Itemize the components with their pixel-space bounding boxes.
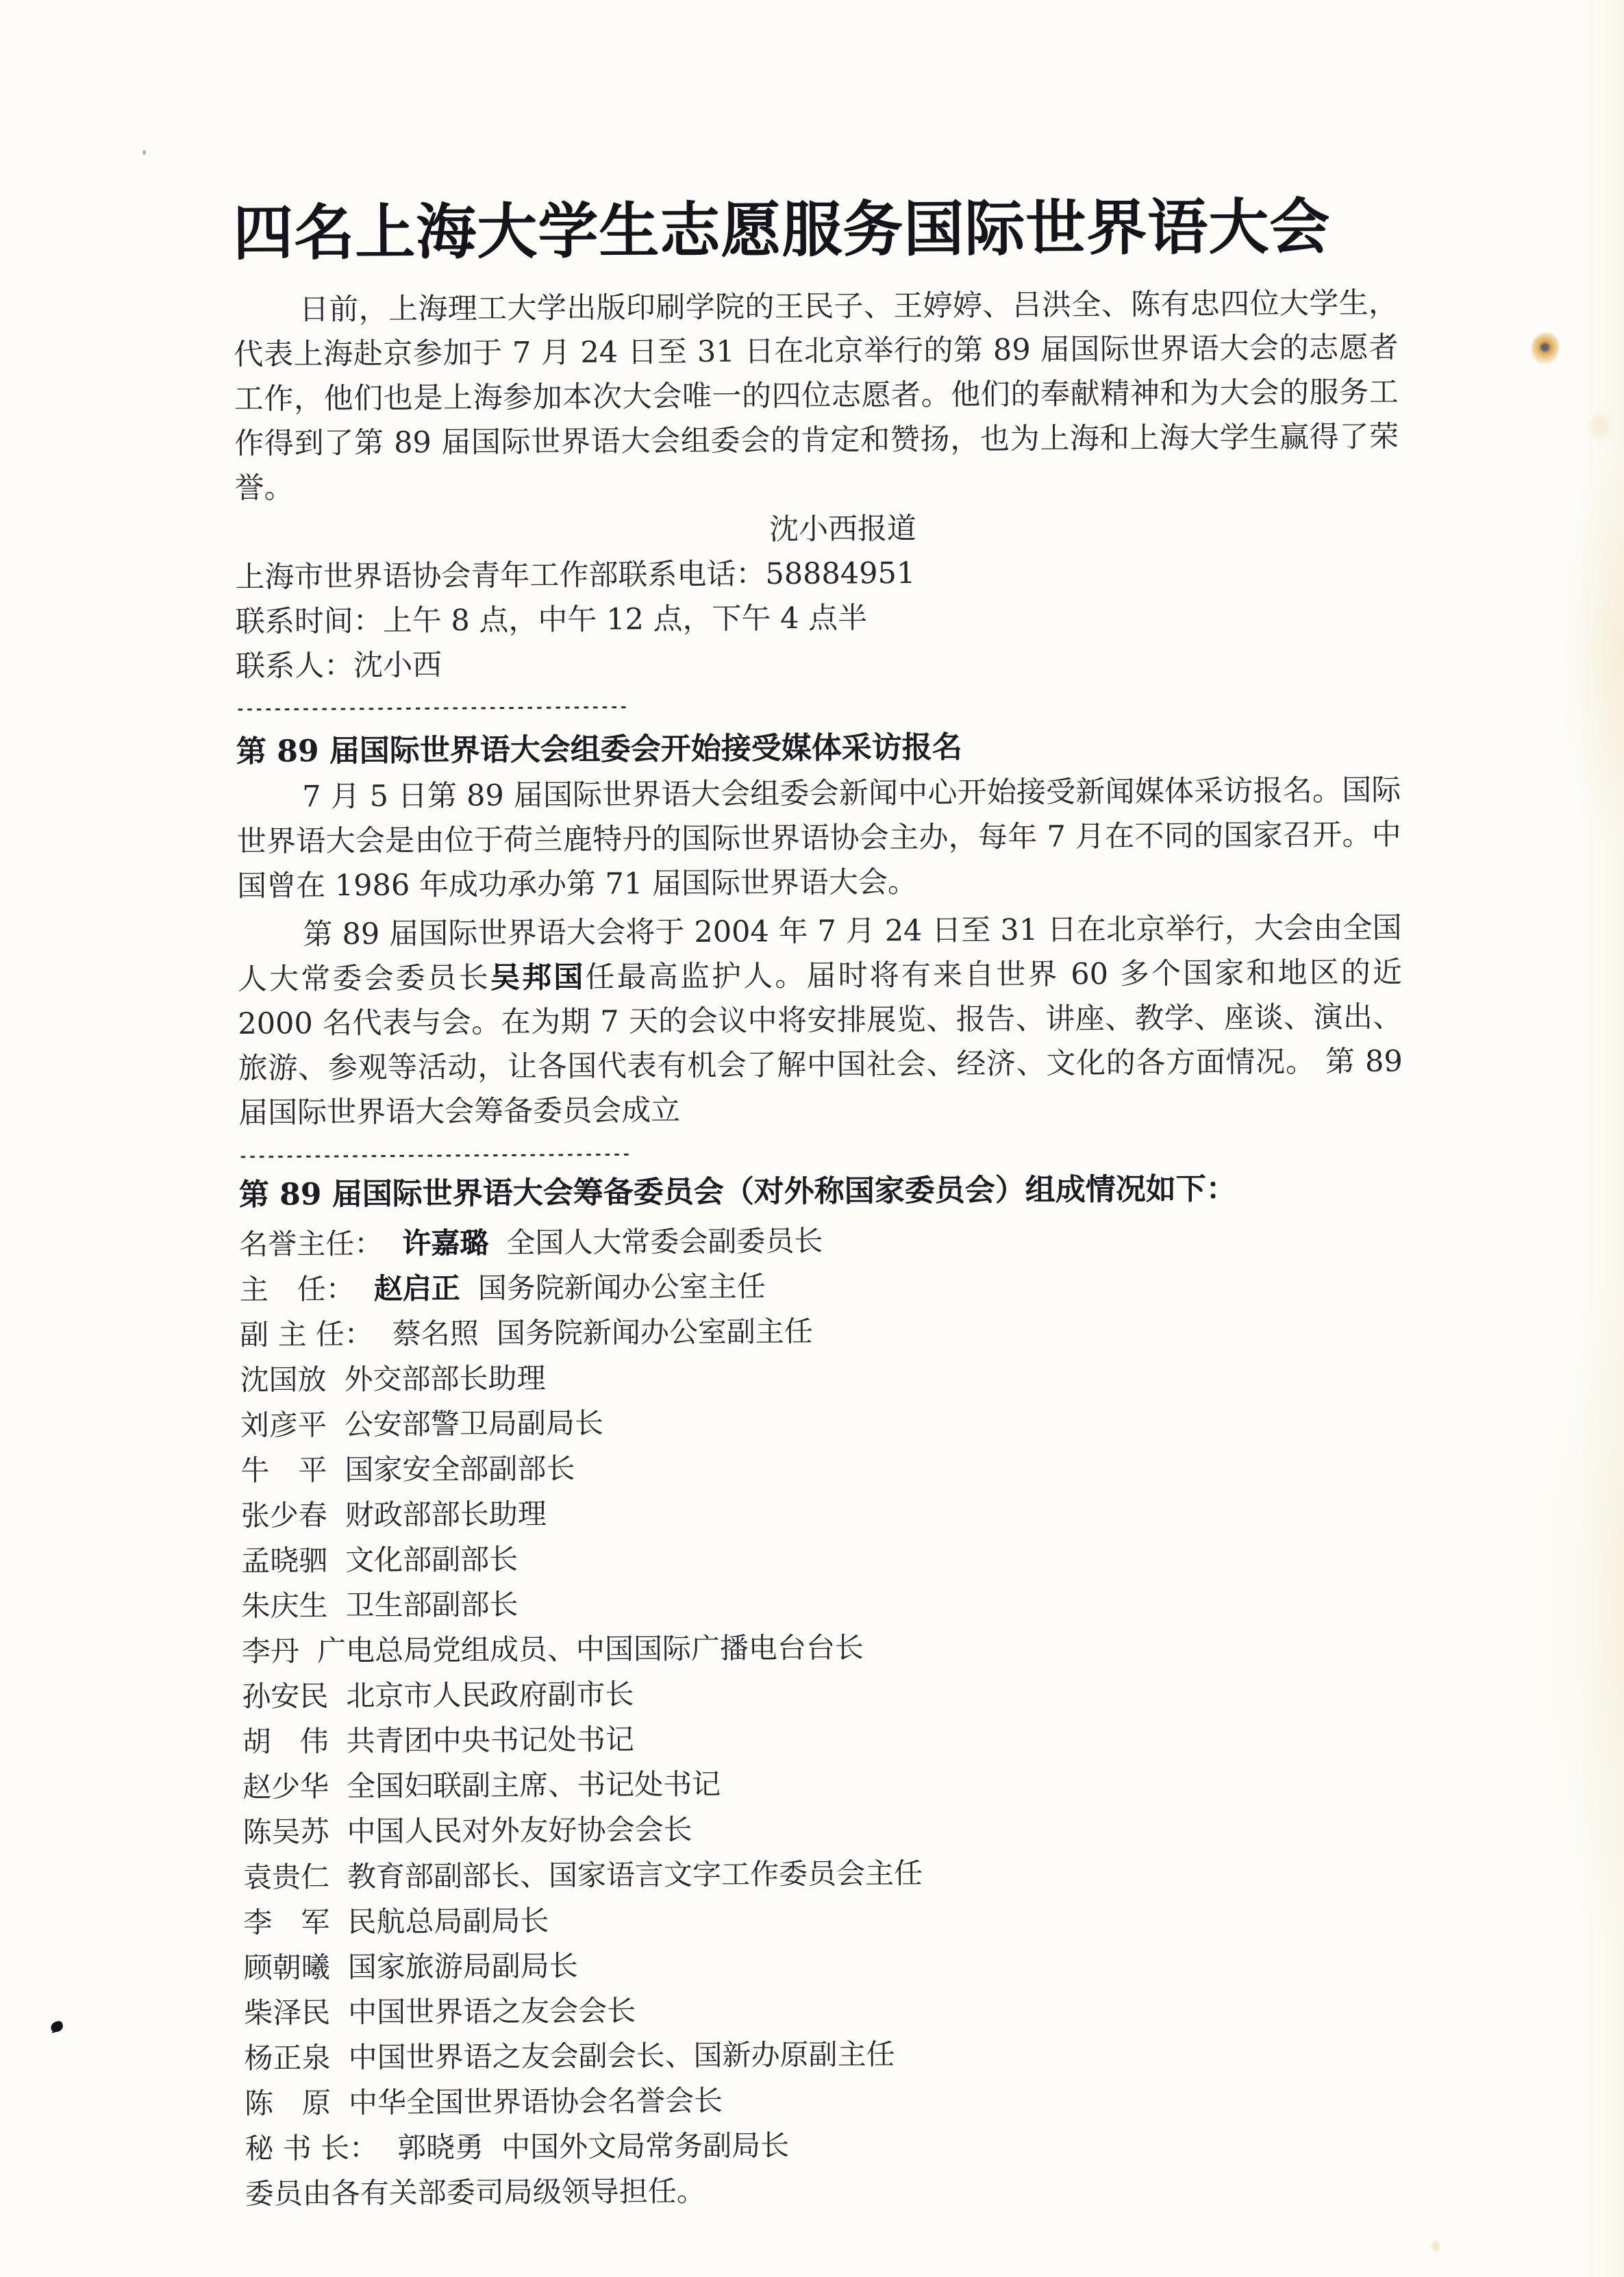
member-title: 中华全国世界语协会名誉会长 [349,2084,723,2119]
member-title: 全国妇联副主席、书记处书记 [347,1767,721,1803]
member-title: 国家旅游局副局长 [348,1949,578,1984]
list-item: 李丹广电总局党组成员、中国国际广播电台台长 [242,1622,1406,1674]
member-name: 柴泽民 [244,1995,330,2030]
member-role: 名誉主任： [239,1227,383,1261]
section1-paragraph1: 7 月 5 日第 89 届国际世界语大会组委会新闻中心开始接受新闻媒体采访报名。… [236,769,1401,909]
list-item: 顾朝曦国家旅游局副局长 [244,1939,1408,1991]
member-name: 许嘉璐 [402,1226,488,1260]
list-item: 杨正泉中国世界语之友会副会长、国新办原副主任 [244,2029,1408,2081]
list-item: 刘彦平公安部警卫局副局长 [240,1396,1405,1448]
page-title: 四名上海大学生志愿服务国际世界语大会 [233,190,1398,269]
member-name: 陈 原 [245,2086,331,2120]
footer-note: 委员由各有关部委司局级领导担任。 [245,2165,1410,2217]
paper-smudge [1590,414,1610,438]
member-role: 秘 书 长： [245,2131,378,2165]
committee-list: 名誉主任：许嘉璐全国人大常委会副委员长主 任：赵启正国务院新闻办公室主任副 主 … [239,1215,1409,2172]
bold-person-name: 吴邦国 [490,960,586,995]
member-name: 袁贵仁 [243,1860,329,1894]
list-item: 胡 伟共青团中央书记处书记 [242,1713,1407,1765]
list-item: 秘 书 长：郭晓勇中国外文局常务副局长 [245,2119,1409,2172]
member-name: 陈吴苏 [242,1815,329,1849]
member-title: 文化部副部长 [345,1542,518,1577]
list-item: 陈 原中华全国世界语协会名誉会长 [245,2074,1409,2126]
member-title: 共青团中央书记处书记 [347,1722,634,1758]
section2-heading: 第 89 届国际世界语大会筹备委员会（对外称国家委员会）组成情况如下： [239,1171,1403,1213]
list-item: 沈国放外交部部长助理 [240,1351,1404,1403]
member-title: 国务院新闻办公室主任 [478,1269,766,1305]
member-name: 刘彦平 [240,1408,327,1442]
member-title: 公安部警卫局副局长 [345,1406,603,1441]
list-item: 朱庆生卫生部副部长 [241,1577,1406,1629]
member-name: 牛 平 [240,1453,327,1487]
paper-smudge [1432,2241,1440,2251]
list-item: 名誉主任：许嘉璐全国人大常委会副委员长 [239,1215,1403,1267]
member-name: 李丹 [242,1634,299,1668]
stain-spot [1532,333,1559,364]
list-item: 柴泽民中国世界语之友会会长 [244,1984,1408,2036]
member-title: 全国人大常委会副委员长 [506,1224,823,1260]
list-item: 陈吴苏中国人民对外友好协会会长 [242,1803,1407,1855]
member-name: 孙安民 [242,1679,328,1713]
list-item: 副 主 任：蔡名照国务院新闻办公室副主任 [240,1306,1404,1358]
dashed-separator: ----------------------------------------… [238,1139,1403,1167]
paper-speck [142,150,146,155]
dashed-separator: ----------------------------------------… [236,692,1400,719]
member-name: 李 军 [243,1905,329,1939]
member-name: 郭晓勇 [397,2130,484,2165]
member-title: 中国世界语之友会会长 [348,1993,636,2029]
contact-person-line: 联系人：沈小西 [236,638,1400,689]
list-item: 袁贵仁教育部副部长、国家语言文字工作委员会主任 [243,1848,1408,1900]
member-title: 北京市人民政府副市长 [346,1677,634,1713]
list-item: 主 任：赵启正国务院新闻办公室主任 [240,1260,1404,1312]
member-title: 民航总局副局长 [347,1904,549,1939]
section1-paragraph2: 第 89 届国际世界语大会将于 2004 年 7 月 24 日至 31 日在北京… [237,906,1403,1136]
member-title: 中国外文局常务副局长 [501,2128,789,2164]
member-title: 广电总局党组成员、中国国际广播电台台长 [317,1630,864,1667]
member-title: 外交部部长助理 [344,1361,545,1396]
intro-paragraph: 日前，上海理工大学出版印刷学院的王民子、王婷婷、吕洪全、陈有忠四位大学生，代表上… [234,282,1399,511]
list-item: 孙安民北京市人民政府副市长 [242,1667,1406,1719]
member-title: 中国世界语之友会副会长、国新办原副主任 [348,2037,895,2074]
member-name: 蔡名照 [392,1317,479,1351]
member-name: 孟晓驷 [241,1543,327,1578]
byline: 沈小西报道 [235,504,1399,556]
section1-heading: 第 89 届国际世界语大会组委会开始接受媒体采访报名 [236,727,1401,770]
ink-blob [49,2020,64,2033]
member-title: 财政部部长助理 [345,1497,547,1532]
list-item: 牛 平国家安全部副部长 [240,1441,1405,1493]
member-name: 沈国放 [240,1363,326,1397]
member-name: 杨正泉 [244,2041,330,2075]
member-name: 胡 伟 [242,1724,329,1758]
member-title: 国家安全部副部长 [345,1452,575,1486]
list-item: 赵少华全国妇联副主席、书记处书记 [242,1758,1407,1810]
member-name: 顾朝曦 [244,1950,330,1984]
stain-core [1540,343,1549,351]
member-name: 张少春 [241,1498,327,1532]
member-role: 副 主 任： [240,1317,373,1352]
contact-time-line: 联系时间：上午 8 点，中午 12 点，下午 4 点半 [236,593,1400,645]
list-item: 李 军民航总局副局长 [243,1893,1408,1945]
contact-phone-line: 上海市世界语协会青年工作部联系电话：58884951 [235,549,1399,600]
member-role: 主 任： [240,1272,355,1306]
member-title: 中国人民对外友好协会会长 [347,1813,692,1848]
document-page: 四名上海大学生志愿服务国际世界语大会 日前，上海理工大学出版印刷学院的王民子、王… [233,190,1410,2217]
member-name: 赵少华 [242,1769,329,1804]
member-name: 赵启正 [374,1271,460,1306]
member-name: 朱庆生 [241,1589,327,1623]
list-item: 张少春财政部部长助理 [241,1486,1406,1539]
list-item: 孟晓驷文化部副部长 [241,1532,1406,1584]
member-title: 国务院新闻办公室副主任 [497,1315,813,1350]
member-title: 卫生部副部长 [345,1587,518,1622]
member-title: 教育部副部长、国家语言文字工作委员会主任 [347,1856,923,1893]
